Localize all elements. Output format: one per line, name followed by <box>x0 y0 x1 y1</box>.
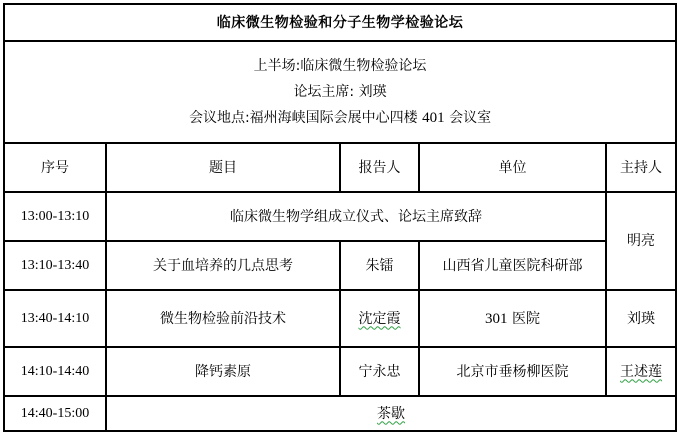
table-row: 13:00-13:10 临床微生物学组成立仪式、论坛主席致辞 明亮 <box>4 192 676 241</box>
column-header-speaker: 报告人 <box>340 143 419 192</box>
column-header-index: 序号 <box>4 143 106 192</box>
time-slot: 13:40-14:10 <box>4 290 106 347</box>
table-row: 13:10-13:40 关于血培养的几点思考 朱镭 山西省儿童医院科研部 <box>4 241 676 290</box>
column-header-topic: 题目 <box>106 143 340 192</box>
topic-cell: 微生物检验前沿技术 <box>106 290 340 347</box>
schedule-table: 临床微生物检验和分子生物学检验论坛 上半场:临床微生物检验论坛 论坛主席: 刘瑛… <box>3 3 677 432</box>
table-row: 14:10-14:40 降钙素原 宁永忠 北京市垂杨柳医院 王述莲 <box>4 347 676 396</box>
topic-cell: 关于血培养的几点思考 <box>106 241 340 290</box>
column-header-moderator: 主持人 <box>606 143 676 192</box>
forum-chair: 论坛主席: 刘瑛 <box>5 79 675 105</box>
break-cell: 茶歇 <box>106 396 676 431</box>
header-row: 序号 题目 报告人 单位 主持人 <box>4 143 676 192</box>
title-row: 临床微生物检验和分子生物学检验论坛 <box>4 4 676 41</box>
moderator-cell: 刘瑛 <box>606 290 676 347</box>
moderator-cell: 明亮 <box>606 192 676 290</box>
break-label: 茶歇 <box>377 406 405 422</box>
topic-cell: 降钙素原 <box>106 347 340 396</box>
venue-prefix: 会议地点:福州海峡国际会展中心四楼 <box>189 110 422 126</box>
unit-cell: 山西省儿童医院科研部 <box>419 241 606 290</box>
column-header-unit: 单位 <box>419 143 606 192</box>
moderator-name: 王述莲 <box>620 364 662 380</box>
moderator-cell: 王述莲 <box>606 347 676 396</box>
speaker-cell: 朱镭 <box>340 241 419 290</box>
table-row: 13:40-14:10 微生物检验前沿技术 沈定霞 301 医院 刘瑛 <box>4 290 676 347</box>
table-row: 14:40-15:00 茶歇 <box>4 396 676 431</box>
topic-cell: 临床微生物学组成立仪式、论坛主席致辞 <box>106 192 606 241</box>
venue: 会议地点:福州海峡国际会展中心四楼 401 会议室 <box>5 105 675 131</box>
venue-suffix: 会议室 <box>445 110 491 126</box>
time-slot: 14:40-15:00 <box>4 396 106 431</box>
unit-cell: 301 医院 <box>419 290 606 347</box>
speaker-cell: 沈定霞 <box>340 290 419 347</box>
speaker-name: 沈定霞 <box>359 311 401 327</box>
info-row: 上半场:临床微生物检验论坛 论坛主席: 刘瑛 会议地点:福州海峡国际会展中心四楼… <box>4 41 676 143</box>
session-name: 上半场:临床微生物检验论坛 <box>5 53 675 79</box>
forum-title: 临床微生物检验和分子生物学检验论坛 <box>4 4 676 41</box>
unit-number: 301 <box>485 311 508 327</box>
time-slot: 14:10-14:40 <box>4 347 106 396</box>
time-slot: 13:10-13:40 <box>4 241 106 290</box>
venue-room-number: 401 <box>422 110 445 126</box>
forum-info: 上半场:临床微生物检验论坛 论坛主席: 刘瑛 会议地点:福州海峡国际会展中心四楼… <box>4 41 676 143</box>
speaker-cell: 宁永忠 <box>340 347 419 396</box>
unit-suffix: 医院 <box>508 311 540 327</box>
time-slot: 13:00-13:10 <box>4 192 106 241</box>
unit-cell: 北京市垂杨柳医院 <box>419 347 606 396</box>
schedule-document: 临床微生物检验和分子生物学检验论坛 上半场:临床微生物检验论坛 论坛主席: 刘瑛… <box>3 3 675 432</box>
